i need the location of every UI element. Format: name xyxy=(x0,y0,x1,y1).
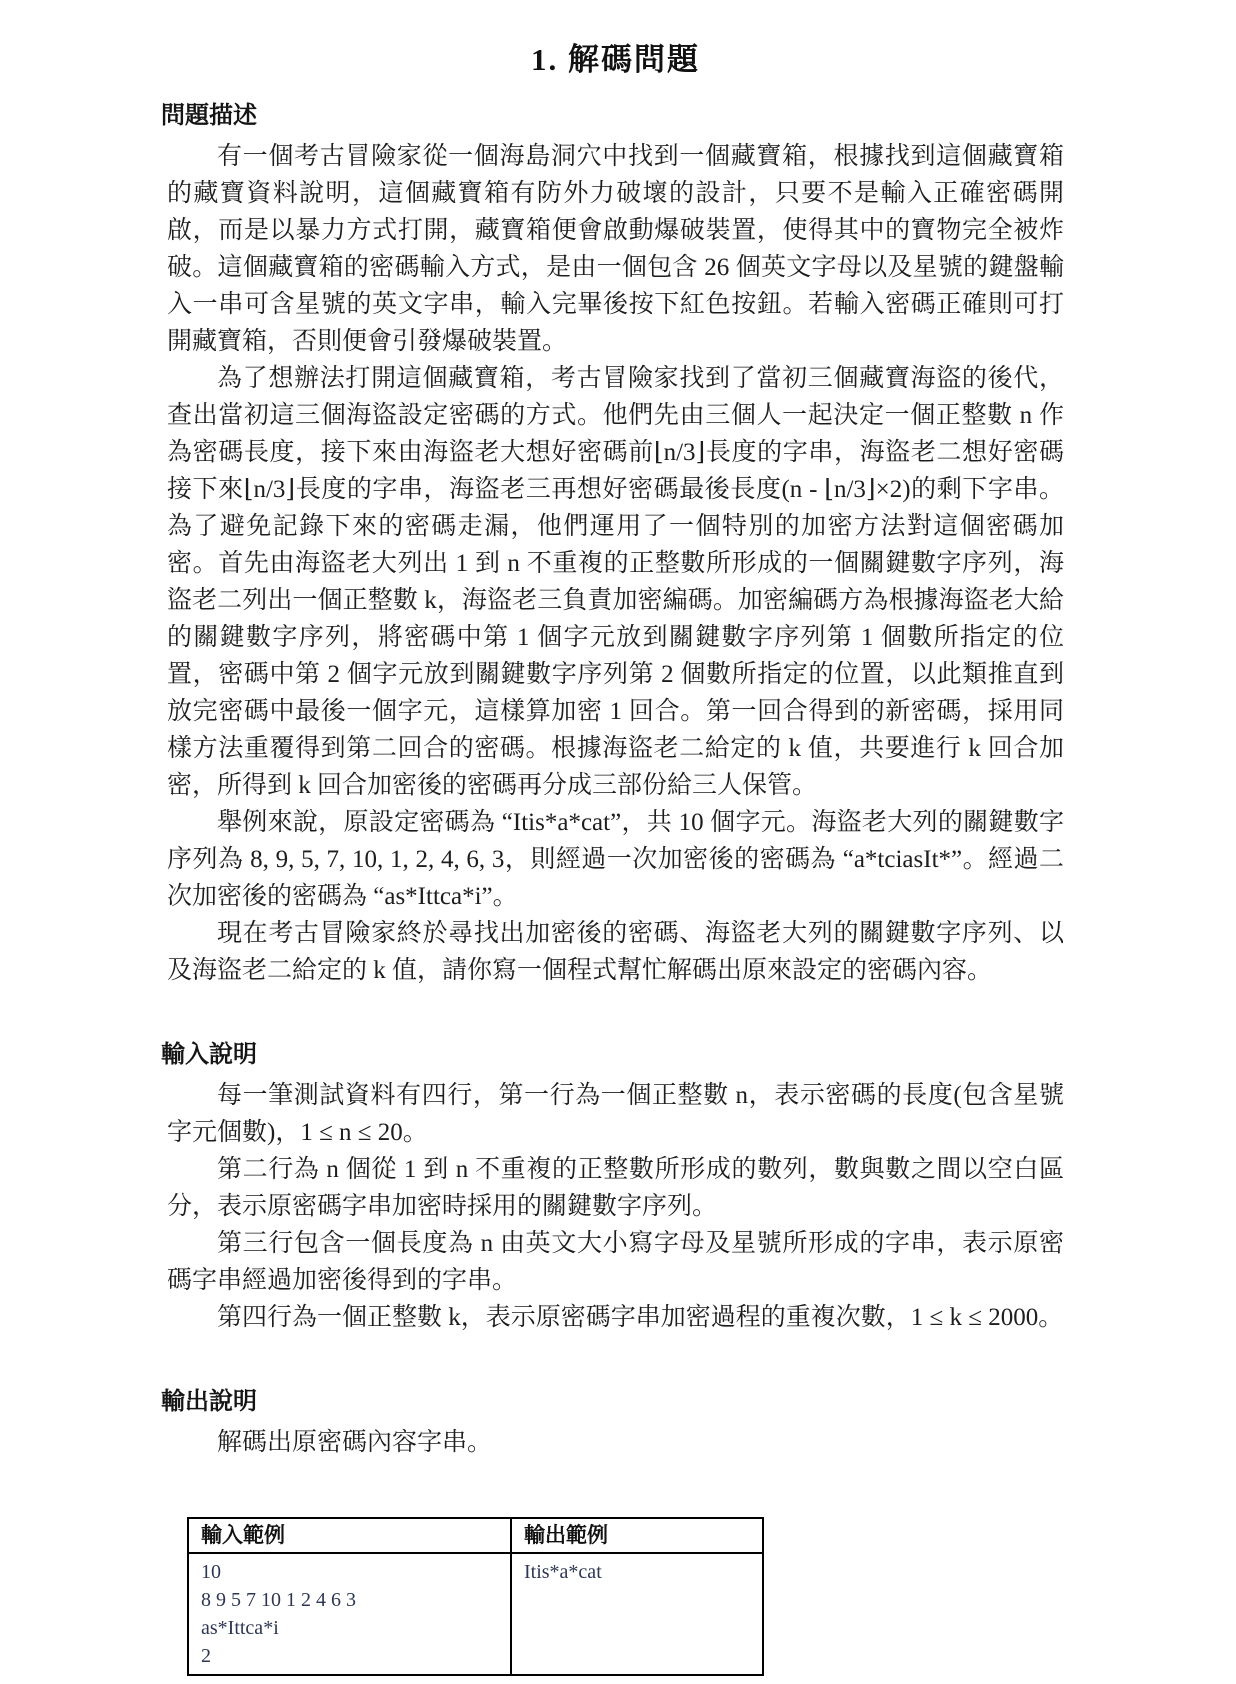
paragraph-input-line3: 第三行包含一個長度為 n 由英文大小寫字母及星號所形成的字串，表示原密碼字串經過… xyxy=(167,1225,1064,1299)
paragraph-input-line4: 第四行為一個正整數 k，表示原密碼字串加密過程的重複次數，1 ≤ k ≤ 200… xyxy=(167,1299,1064,1336)
example-table-body: 10 8 9 5 7 10 1 2 4 6 3 as*Ittca*i 2 Iti… xyxy=(188,1553,763,1675)
paragraph-output-line1: 解碼出原密碼內容字串。 xyxy=(167,1424,1064,1461)
section-output-description: 輸出說明 解碼出原密碼內容字串。 xyxy=(167,1386,1064,1461)
table-cell-input-example: 10 8 9 5 7 10 1 2 4 6 3 as*Ittca*i 2 xyxy=(188,1553,511,1675)
paragraph-input-line1: 每一筆測試資料有四行，第一行為一個正整數 n，表示密碼的長度(包含星號字元個數)… xyxy=(167,1077,1064,1151)
heading-input-description: 輸入說明 xyxy=(161,1039,1064,1071)
table-header-input-example: 輸入範例 xyxy=(188,1518,511,1553)
example-table: 輸入範例 輸出範例 10 8 9 5 7 10 1 2 4 6 3 as*Itt… xyxy=(187,1517,764,1676)
input-sample-line-n: 10 xyxy=(201,1558,500,1586)
paragraph-problem-2: 為了想辦法打開這個藏寶箱，考古冒險家找到了當初三個藏寶海盜的後代，查出當初這三個… xyxy=(167,360,1064,804)
input-sample-line-k: 2 xyxy=(201,1642,500,1670)
heading-output-description: 輸出說明 xyxy=(161,1386,1064,1418)
table-cell-output-example: Itis*a*cat xyxy=(511,1553,763,1675)
table-row: 10 8 9 5 7 10 1 2 4 6 3 as*Ittca*i 2 Iti… xyxy=(188,1553,763,1675)
document-title: 1. 解碼問題 xyxy=(167,38,1064,82)
paragraph-input-line2: 第二行為 n 個從 1 到 n 不重複的正整數所形成的數列，數與數之間以空白區分… xyxy=(167,1151,1064,1225)
paragraph-problem-task: 現在考古冒險家終於尋找出加密後的密碼、海盜老大列的關鍵數字序列、以及海盜老二給定… xyxy=(167,915,1064,989)
output-sample-line: Itis*a*cat xyxy=(524,1558,752,1586)
input-sample-line-encoded-string: as*Ittca*i xyxy=(201,1614,500,1642)
input-sample-line-sequence: 8 9 5 7 10 1 2 4 6 3 xyxy=(201,1586,500,1614)
paragraph-problem-1: 有一個考古冒險家從一個海島洞穴中找到一個藏寶箱，根據找到這個藏寶箱的藏寶資料說明… xyxy=(167,138,1064,360)
document-page: 1. 解碼問題 問題描述 有一個考古冒險家從一個海島洞穴中找到一個藏寶箱，根據找… xyxy=(0,0,1236,1684)
section-problem-description: 問題描述 有一個考古冒險家從一個海島洞穴中找到一個藏寶箱，根據找到這個藏寶箱的藏… xyxy=(167,100,1064,989)
heading-problem-description: 問題描述 xyxy=(161,100,1064,132)
section-input-description: 輸入說明 每一筆測試資料有四行，第一行為一個正整數 n，表示密碼的長度(包含星號… xyxy=(167,1039,1064,1336)
example-table-header-row: 輸入範例 輸出範例 xyxy=(188,1518,763,1553)
paragraph-problem-example: 舉例來說，原設定密碼為 “Itis*a*cat”，共 10 個字元。海盜老大列的… xyxy=(167,804,1064,915)
table-header-output-example: 輸出範例 xyxy=(511,1518,763,1553)
